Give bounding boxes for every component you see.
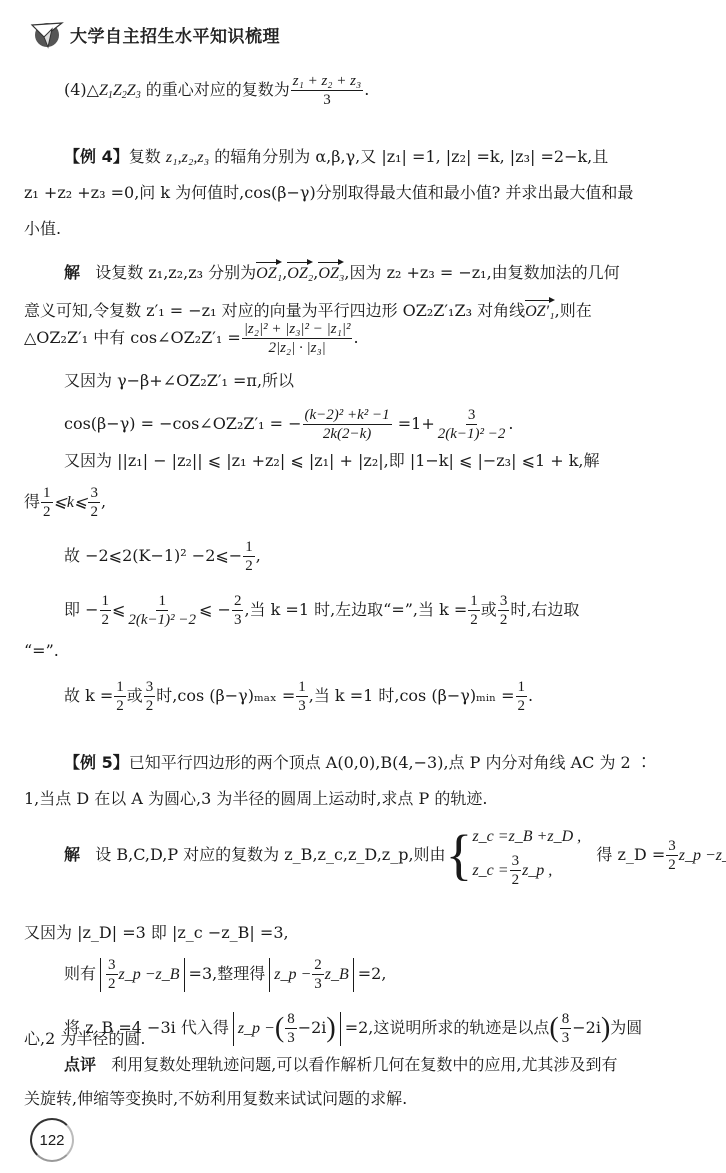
text: ⩽ bbox=[112, 600, 125, 619]
vector-oz1: OZ₁ bbox=[256, 263, 282, 285]
text: =3,整理得 bbox=[189, 964, 266, 983]
left-paren: ( bbox=[275, 1013, 284, 1044]
abs-bar bbox=[184, 958, 185, 992]
page-number: 122 bbox=[30, 1118, 74, 1162]
math: −2i bbox=[572, 1018, 601, 1037]
math: z_p −z_B bbox=[119, 966, 180, 983]
text: =2, bbox=[358, 964, 387, 983]
text: △OZ₂Z′₁ 中有 cos∠OZ₂Z′₁ = bbox=[24, 328, 241, 347]
example-4-label: 【例 4】 bbox=[64, 147, 129, 166]
example-4-line-2: z₁ +z₂ +z₃ =0,问 k 为何值时,cos(β−γ)分别取得最大值和最… bbox=[24, 182, 633, 204]
solution-5-line-1: 解 设 B,C,D,P 对应的复数为 z_B,z_c,z_D,z_p,则由{z_… bbox=[64, 822, 726, 889]
fraction: 13 bbox=[296, 678, 308, 715]
example-5-line-2: 1,当点 D 在以 A 为圆心,3 为半径的圆周上运动时,求点 P 的轨迹. bbox=[24, 788, 487, 810]
fraction: 12 bbox=[100, 592, 112, 629]
vector-oz2: OZ₂ bbox=[287, 263, 313, 285]
solution-4-line-4: 又因为 γ−β+∠OZ₂Z′₁ =π,所以 bbox=[64, 370, 294, 392]
equation-2: z_c =32z_p , bbox=[472, 852, 581, 889]
fraction: 32 bbox=[144, 678, 156, 715]
text: 为圆 bbox=[610, 1018, 642, 1037]
fraction: 32 bbox=[666, 837, 678, 874]
solution-5-line-5: 心,2 为半径的圆. bbox=[24, 1028, 145, 1050]
text: 已知平行四边形的两个顶点 A(0,0),B(4,−3),点 P 内分对角线 AC… bbox=[129, 753, 652, 772]
fraction: 32(k−1)² −2 bbox=[436, 406, 508, 443]
math: z_p −z_B , bbox=[679, 847, 726, 864]
solution-5-line-3: 则有32z_p −z_B=3,整理得z_p −23z_B=2, bbox=[64, 956, 386, 993]
fraction: (k−2)² +k² −12k(2−k) bbox=[303, 406, 392, 443]
math: ⩽k⩽ bbox=[54, 494, 88, 511]
text: ,则在 bbox=[555, 301, 592, 320]
fraction: 12 bbox=[516, 678, 528, 715]
text: 设复数 z₁,z₂,z₃ 分别为 bbox=[95, 263, 256, 282]
text: 设 B,C,D,P 对应的复数为 z_B,z_c,z_D,z_p,则由 bbox=[95, 845, 445, 864]
solution-4-line-5: cos(β−γ) = −cos∠OZ₂Z′₁ = −(k−2)² +k² −12… bbox=[64, 406, 513, 443]
math: z_p − bbox=[238, 1020, 275, 1037]
period: . bbox=[528, 686, 533, 705]
running-header: 大学自主招生水平知识梳理 bbox=[30, 16, 280, 52]
comment-line-1: 点评 利用复数处理轨迹问题,可以看作解析几何在复数中的应用,尤其涉及到有 bbox=[64, 1054, 617, 1076]
comma: , bbox=[256, 546, 261, 565]
text: 得 z_D = bbox=[596, 845, 665, 864]
text: 得 bbox=[24, 492, 40, 511]
example-4-line-1: 【例 4】复数 z₁,z₂,z₃ 的辐角分别为 α,β,γ,又 |z₁| =1,… bbox=[64, 146, 608, 169]
text: ,当 k =1 时,左边取“=”,当 k = bbox=[244, 600, 467, 619]
solution-4-line-11: 故 k =12或32时,cos (β−γ)ₘₐₓ =13,当 k =1 时,co… bbox=[64, 678, 533, 715]
fraction: 32 bbox=[498, 592, 510, 629]
text: =1+ bbox=[393, 414, 435, 433]
abs-bar bbox=[100, 958, 101, 992]
abs-bar bbox=[340, 1012, 341, 1046]
text: 的辐角分别为 α,β,γ,又 |z₁| =1, |z₂| =k, |z₃| =2… bbox=[209, 147, 608, 166]
text: 故 −2⩽2(K−1)² −2⩽− bbox=[64, 546, 242, 565]
abs-bar bbox=[353, 958, 354, 992]
solution-4-line-1: 解 设复数 z₁,z₂,z₃ 分别为OZ₁,OZ₂,OZ₃,因为 z₂ +z₃ … bbox=[64, 262, 620, 285]
period: . bbox=[353, 328, 358, 347]
book-title: 大学自主招生水平知识梳理 bbox=[70, 22, 280, 47]
fraction: 12 bbox=[243, 538, 255, 575]
text: 时,cos (β−γ)ₘₐₓ = bbox=[156, 686, 295, 705]
example-5-label: 【例 5】 bbox=[64, 753, 129, 772]
right-paren: ) bbox=[326, 1013, 335, 1044]
solution-4-line-3: △OZ₂Z′₁ 中有 cos∠OZ₂Z′₁ =|z₂|² + |z₃|² − |… bbox=[24, 320, 359, 357]
solution-label: 解 bbox=[64, 845, 80, 864]
solution-5-line-2: 又因为 |z_D| =3 即 |z_c −z_B| =3, bbox=[24, 922, 289, 944]
text: 则有 bbox=[64, 964, 96, 983]
right-paren: ) bbox=[601, 1013, 610, 1044]
paper-plane-icon bbox=[30, 19, 64, 49]
cosine-law-fraction: |z₂|² + |z₃|² − |z₁|²2|z₂| · |z₃| bbox=[242, 320, 353, 357]
example-5-line-1: 【例 5】已知平行四边形的两个顶点 A(0,0),B(4,−3),点 P 内分对… bbox=[64, 752, 652, 774]
page-number-text: 122 bbox=[39, 1132, 64, 1149]
text: 利用复数处理轨迹问题,可以看作解析几何在复数中的应用,尤其涉及到有 bbox=[111, 1055, 617, 1074]
fraction: 12(k−1)² −2 bbox=[126, 592, 198, 629]
left-brace: { bbox=[446, 825, 473, 887]
text: 复数 bbox=[129, 147, 166, 166]
solution-4-line-7: 得12⩽k⩽32, bbox=[24, 484, 106, 521]
solution-4-line-8: 故 −2⩽2(K−1)² −2⩽−12, bbox=[64, 538, 261, 575]
comment-label: 点评 bbox=[64, 1055, 96, 1074]
math: z_p − bbox=[274, 966, 311, 983]
equation-system: z_c =z_B +z_D ,z_c =32z_p , bbox=[472, 822, 581, 889]
math: z_B bbox=[325, 966, 349, 983]
text: 或 bbox=[481, 600, 497, 619]
centroid-fraction: z₁ + z₂ + z₃3 bbox=[291, 72, 363, 109]
left-paren: ( bbox=[549, 1013, 558, 1044]
item-4-text: 的重心对应的复数为 bbox=[141, 80, 290, 99]
text: 故 k = bbox=[64, 686, 113, 705]
abs-bar bbox=[233, 1012, 234, 1046]
item-4: (4)△Z1Z2Z3 的重心对应的复数为z₁ + z₂ + z₃3. bbox=[64, 72, 369, 109]
period: . bbox=[508, 414, 513, 433]
solution-label: 解 bbox=[64, 263, 80, 282]
fraction: 12 bbox=[41, 484, 53, 521]
text: 意义可知,令复数 z′₁ = −z₁ 对应的向量为平行四边形 OZ₂Z′₁Z₃ … bbox=[24, 301, 525, 320]
equation-1: z_c =z_B +z_D , bbox=[472, 822, 581, 852]
vector-oz3: OZ₃ bbox=[318, 263, 344, 285]
text: ,因为 z₂ +z₃ = −z₁,由复数加法的几何 bbox=[344, 263, 619, 282]
solution-4-line-10: “=”. bbox=[24, 640, 59, 662]
text: =2,这说明所求的轨迹是以点 bbox=[345, 1018, 550, 1037]
fraction: 32 bbox=[88, 484, 100, 521]
comment-line-2: 关旋转,伸缩等变换时,不妨利用复数来试试问题的求解. bbox=[24, 1088, 407, 1110]
text: ,当 k =1 时,cos (β−γ)ₘᵢₙ = bbox=[309, 686, 515, 705]
example-4-line-3: 小值. bbox=[24, 218, 61, 240]
solution-4-line-9: 即 −12⩽12(k−1)² −2⩽ −23,当 k =1 时,左边取“=”,当… bbox=[64, 592, 579, 629]
fraction: 12 bbox=[468, 592, 480, 629]
triangle-vertices: Z1Z2Z3 bbox=[99, 82, 141, 99]
text: 或 bbox=[127, 686, 143, 705]
math: −2i bbox=[298, 1018, 327, 1037]
comma: , bbox=[101, 492, 106, 511]
solution-5-line-4: 将 z_B =4 −3i 代入得z_p −(83−2i)=2,这说明所求的轨迹是… bbox=[64, 1010, 642, 1047]
text: cos(β−γ) = −cos∠OZ₂Z′₁ = − bbox=[64, 414, 302, 433]
fraction: 23 bbox=[232, 592, 244, 629]
math: z₁,z₂,z₃ bbox=[166, 149, 209, 166]
item-4-prefix: (4)△ bbox=[64, 80, 99, 99]
text: 时,右边取 bbox=[510, 600, 579, 619]
text: 即 − bbox=[64, 600, 99, 619]
vector-oz1-prime: OZ′₁ bbox=[525, 301, 555, 323]
abs-bar bbox=[269, 958, 270, 992]
fraction: 12 bbox=[114, 678, 126, 715]
text: ⩽ − bbox=[199, 600, 231, 619]
period: . bbox=[364, 80, 369, 99]
solution-4-line-6: 又因为 ||z₁| − |z₂|| ⩽ |z₁ +z₂| ⩽ |z₁| + |z… bbox=[64, 450, 600, 472]
